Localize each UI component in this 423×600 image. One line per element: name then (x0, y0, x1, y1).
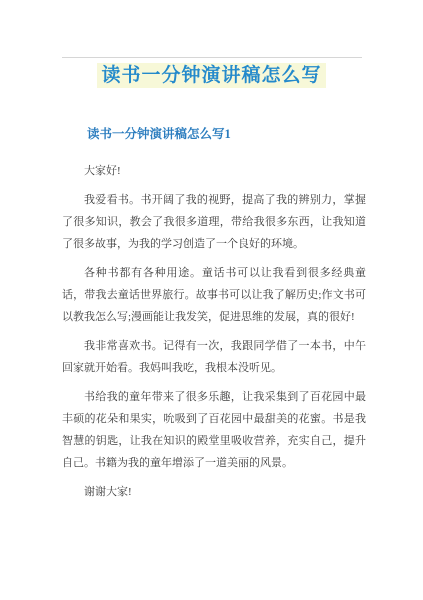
paragraph: 我爱看书。书开阔了我的视野，提高了我的辨别力，掌握了很多知识，教会了我很多道理，… (62, 189, 366, 255)
top-divider (62, 57, 362, 58)
paragraph: 各种书都有各种用途。童话书可以让我看到很多经典童话，带我去童话世界旅行。故事书可… (62, 262, 366, 328)
document-page: 读书一分钟演讲稿怎么写 读书一分钟演讲稿怎么写1 大家好! 我爱看书。书开阔了我… (0, 0, 423, 600)
page-title-text: 读书一分钟演讲稿怎么写 (97, 63, 325, 88)
paragraph-greeting: 大家好! (62, 160, 366, 182)
section-heading: 读书一分钟演讲稿怎么写1 (62, 126, 366, 142)
document-body: 读书一分钟演讲稿怎么写1 大家好! 我爱看书。书开阔了我的视野，提高了我的辨别力… (0, 126, 423, 503)
paragraph: 书给我的童年带来了很多乐趣，让我采集到了百花园中最丰硕的花朵和果实，吮吸到了百花… (62, 386, 366, 474)
page-title: 读书一分钟演讲稿怎么写 (0, 62, 423, 90)
paragraph: 我非常喜欢书。记得有一次，我跟同学借了一本书，中午回家就开始看。我妈叫我吃，我根… (62, 335, 366, 379)
paragraph-closing: 谢谢大家! (62, 481, 366, 503)
